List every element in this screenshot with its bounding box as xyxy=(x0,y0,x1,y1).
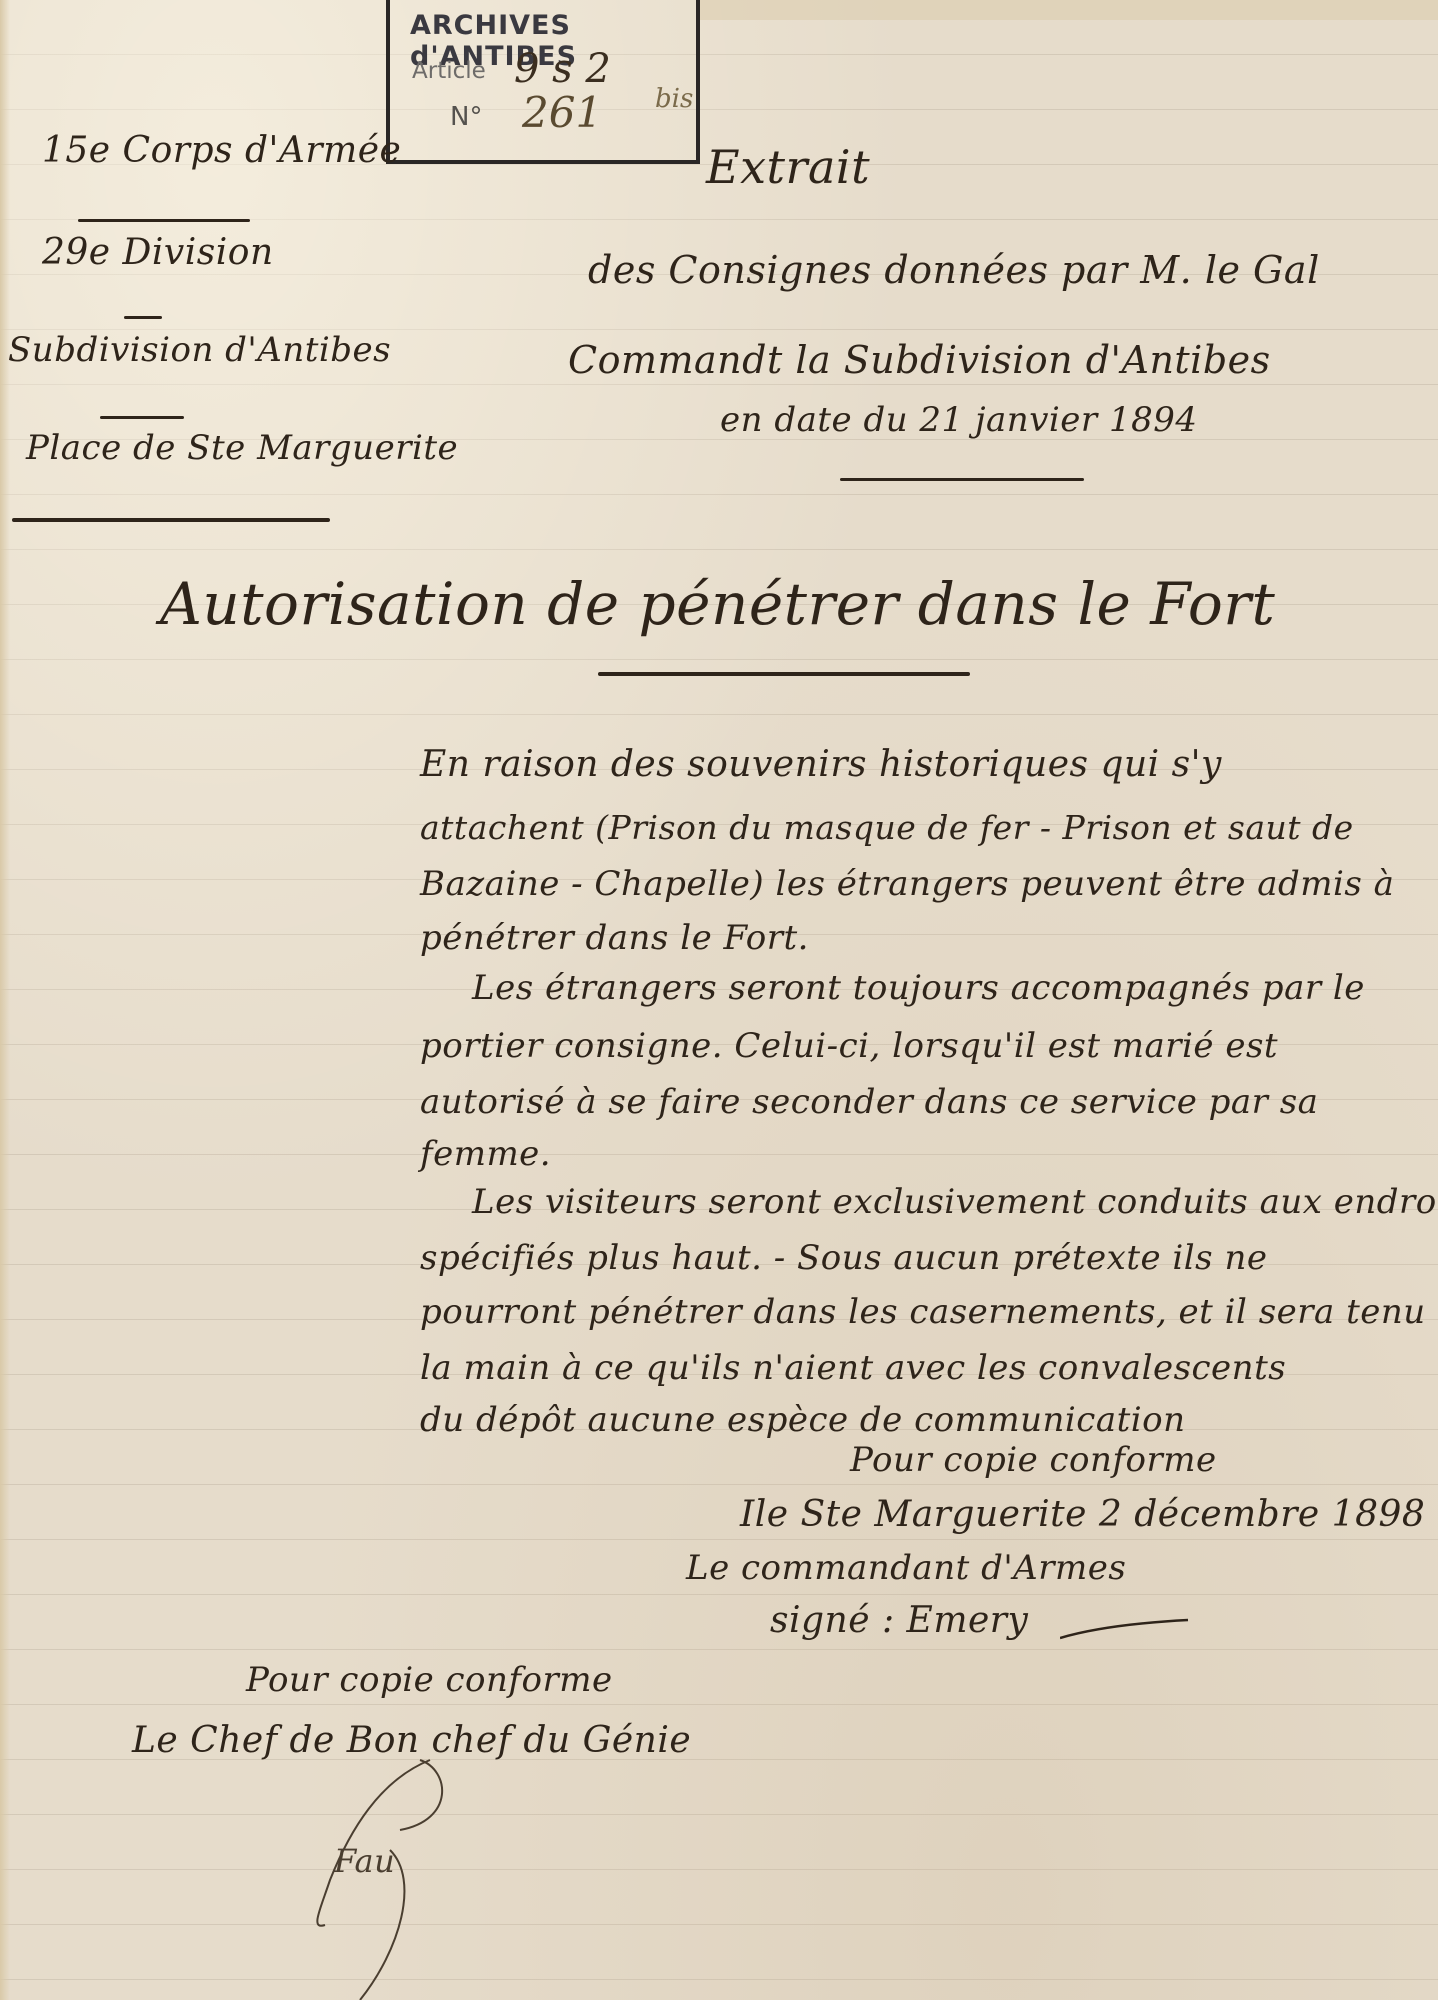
signature-paraph xyxy=(280,1750,480,2000)
header-right-line-2: Commandt la Subdivision d'Antibes xyxy=(568,338,1271,382)
stamp-article-value: 9 s 2 xyxy=(514,46,611,92)
header-left-corps: 15e Corps d'Armée xyxy=(42,130,401,171)
body-line: du dépôt aucune espèce de communication xyxy=(420,1400,1186,1440)
divider xyxy=(12,518,330,522)
document-title: Autorisation de pénétrer dans le Fort xyxy=(160,570,1275,638)
closing-signed: signé : Emery xyxy=(770,1600,1028,1641)
body-line: autorisé à se faire seconder dans ce ser… xyxy=(420,1082,1318,1122)
divider xyxy=(100,416,184,419)
closing-role: Le commandant d'Armes xyxy=(686,1548,1126,1588)
body-line: portier consigne. Celui-ci, lorsqu'il es… xyxy=(420,1026,1278,1066)
header-right-date: en date du 21 janvier 1894 xyxy=(720,400,1198,440)
body-line: Les étrangers seront toujours accompagné… xyxy=(472,968,1365,1008)
closing-place-date: Ile Ste Marguerite 2 décembre 1898 xyxy=(740,1494,1425,1535)
stamp-article-label: Article xyxy=(412,58,486,84)
title-underline xyxy=(598,672,970,676)
body-line: la main à ce qu'ils n'aient avec les con… xyxy=(420,1348,1286,1388)
header-left-place: Place de Ste Marguerite xyxy=(26,428,458,468)
header-left-division: 29e Division xyxy=(42,232,274,273)
body-line: pénétrer dans le Fort. xyxy=(420,918,809,958)
extract-title: Extrait xyxy=(706,140,870,194)
paper-top-band xyxy=(700,0,1438,20)
body-line: spécifiés plus haut. - Sous aucun prétex… xyxy=(420,1238,1267,1278)
stamp-number-value: 261 xyxy=(522,88,602,137)
paper-left-edge xyxy=(0,0,10,2000)
header-right-line-1: des Consignes données par M. le Gal xyxy=(588,248,1320,292)
divider xyxy=(840,478,1084,481)
body-line: Bazaine - Chapelle) les étrangers peuven… xyxy=(420,864,1394,904)
signature-flourish xyxy=(1060,1616,1190,1646)
body-line: attachent (Prison du masque de fer - Pri… xyxy=(420,808,1354,847)
archive-stamp: ARCHIVES d'ANTIBES Article 9 s 2 N° 261 … xyxy=(386,0,700,164)
header-left-subdivision: Subdivision d'Antibes xyxy=(8,330,391,370)
divider xyxy=(124,316,162,319)
body-line: pourront pénétrer dans les casernements,… xyxy=(420,1292,1426,1332)
body-line: femme. xyxy=(420,1134,551,1174)
stamp-number-label: N° xyxy=(450,102,482,132)
divider xyxy=(78,219,250,222)
closing-certification: Pour copie conforme xyxy=(850,1440,1217,1480)
body-line: Les visiteurs seront exclusivement condu… xyxy=(472,1182,1438,1222)
footer-certification: Pour copie conforme xyxy=(246,1660,613,1700)
body-line: En raison des souvenirs historiques qui … xyxy=(420,744,1222,785)
stamp-number-suffix: bis xyxy=(655,84,693,114)
